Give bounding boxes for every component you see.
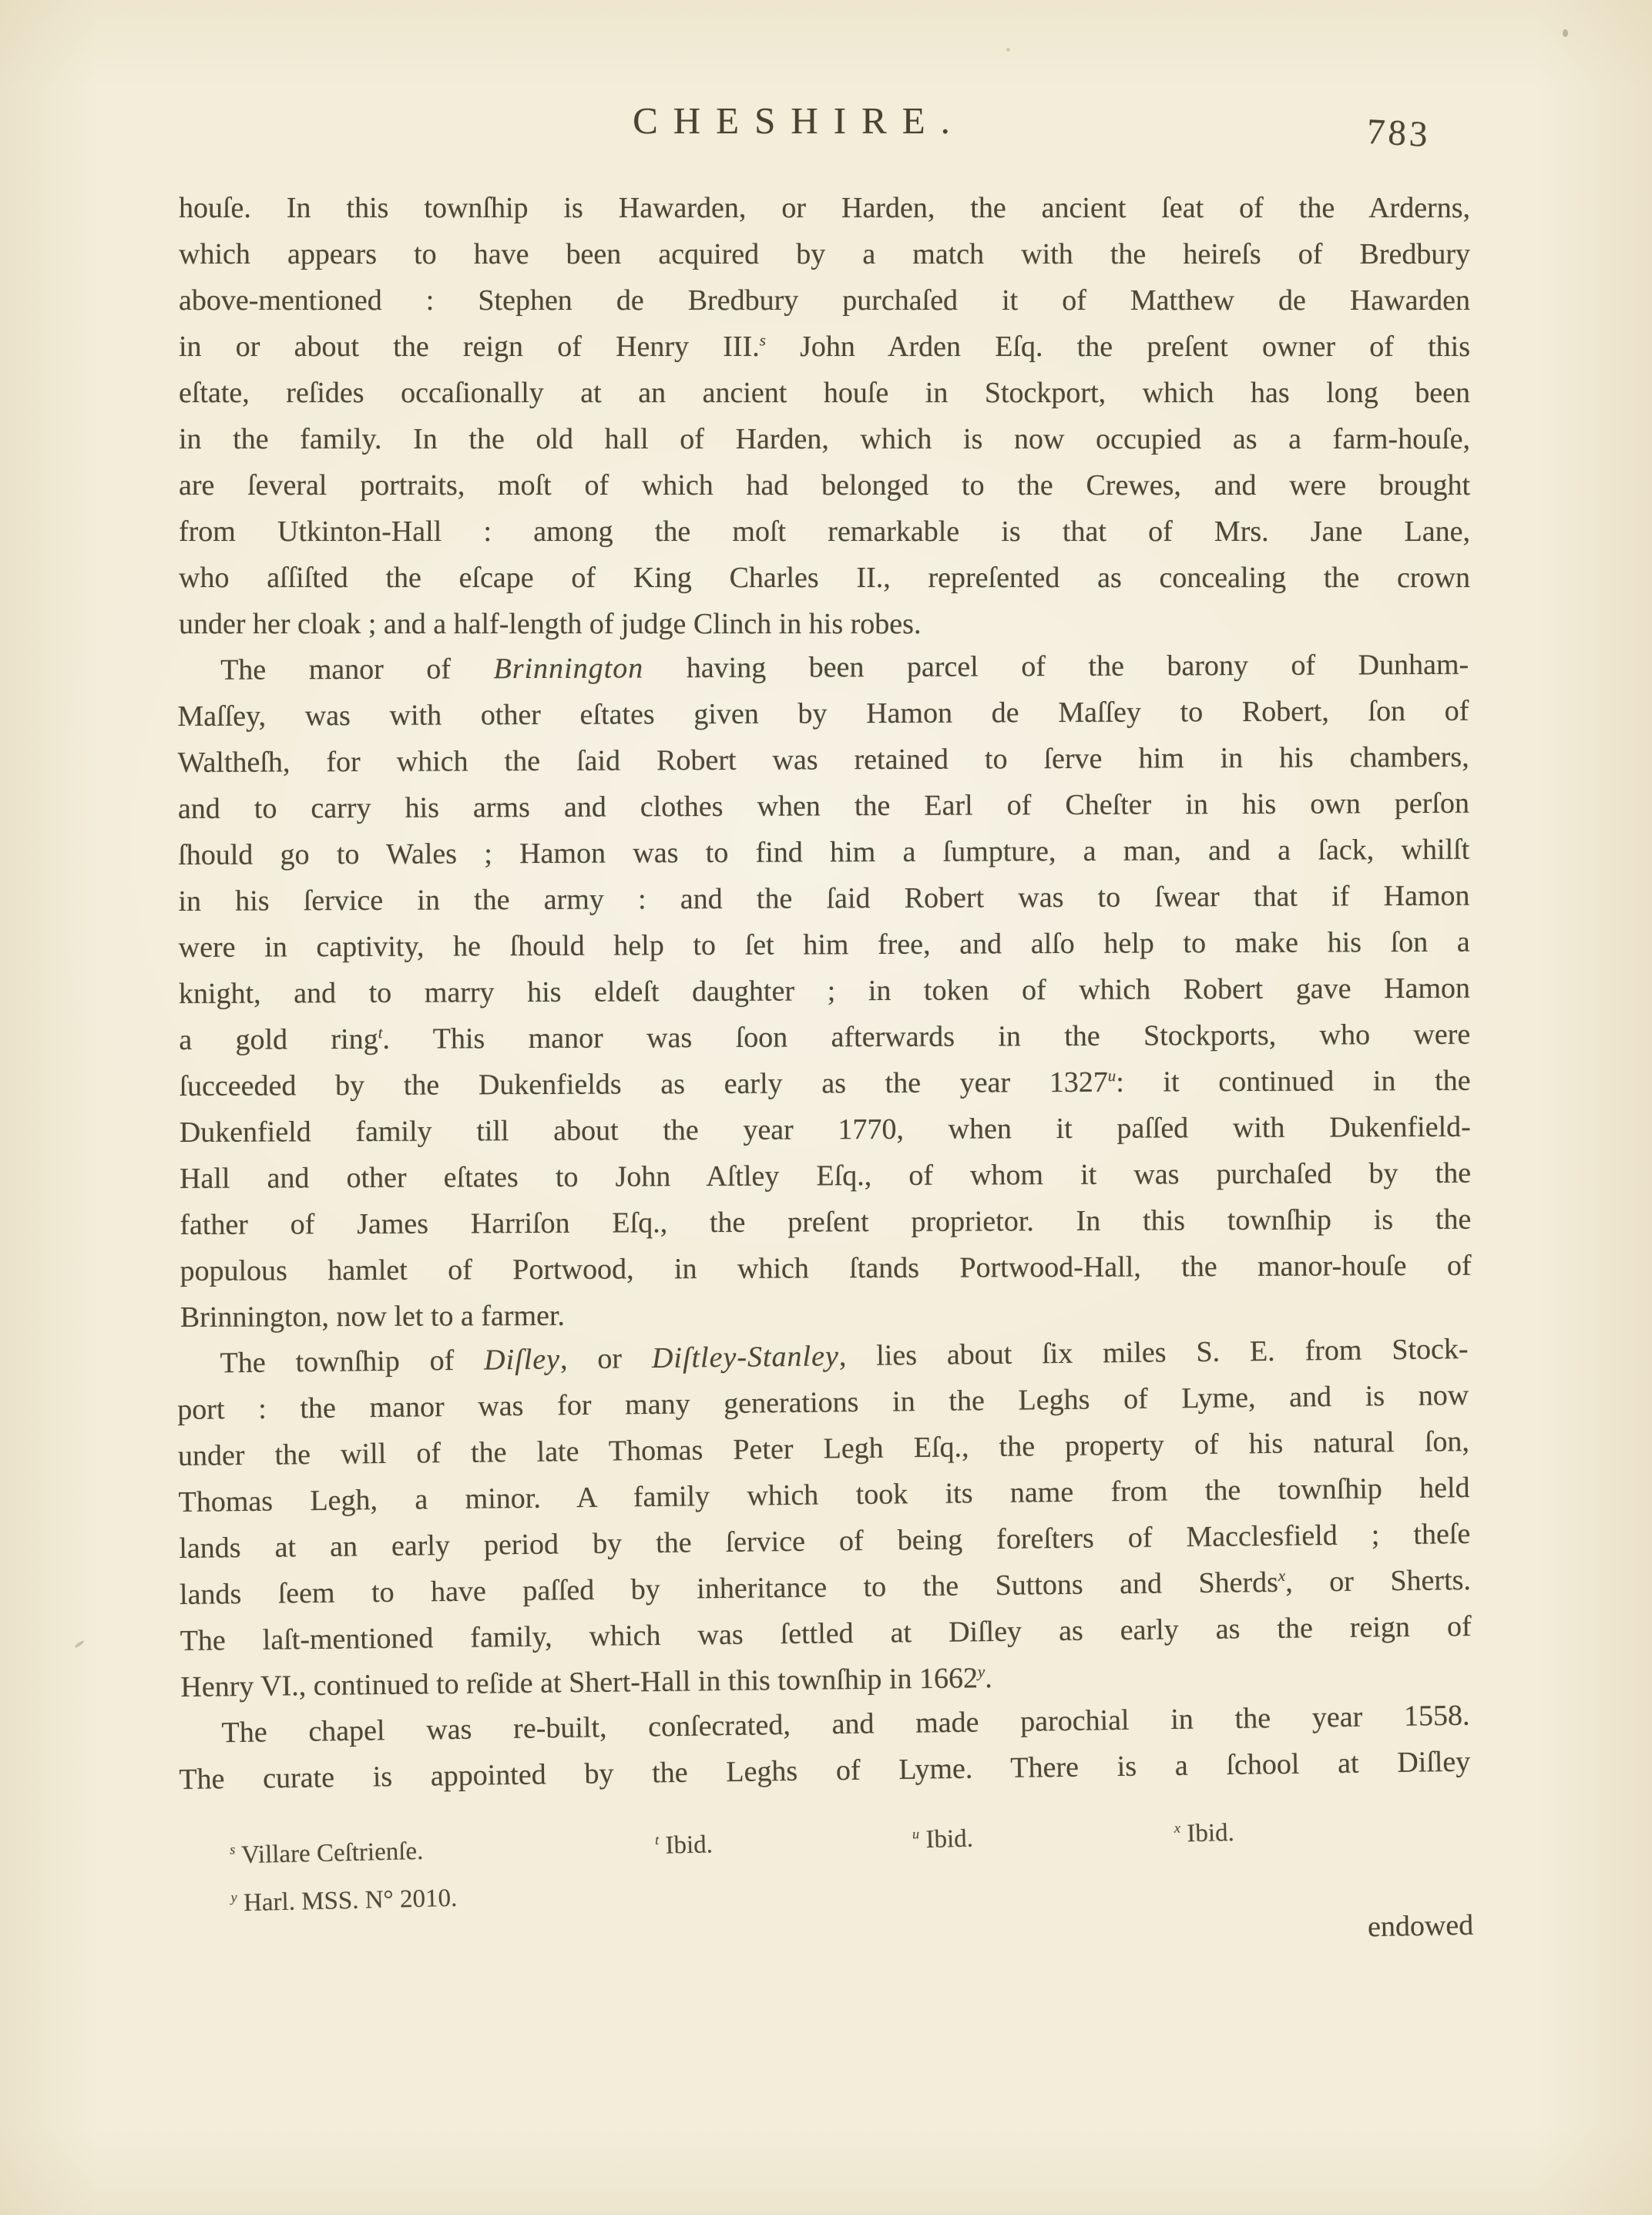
text-line: Hall and other eſtates to John Aſtley Eſ…: [180, 1150, 1471, 1202]
catchword: endowed: [1367, 1908, 1473, 1944]
footnote-villare-cestriense: s Villare Ceſtrienſe.: [230, 1837, 424, 1871]
text-line: knight, and to marry his eldeſt daughter…: [179, 965, 1470, 1017]
footnote-row: s Villare Ceſtrienſe. t Ibid. u Ibid. x …: [179, 1814, 1471, 1892]
paragraph: The chapel was re-built, conſecrated, an…: [178, 1693, 1471, 1803]
text-line: under her cloak ; and a half-length of j…: [179, 601, 1470, 647]
text-line: father of James Harriſon Eſq., the preſe…: [180, 1196, 1471, 1248]
text-line: eſtate, reſides occaſionally at an ancie…: [179, 370, 1470, 416]
paragraph: The manor of Brinnington having been par…: [177, 642, 1472, 1341]
footnote-harl-mss: y Harl. MSS. N° 2010.: [230, 1884, 457, 1918]
text-line: ſhould go to Wales ; Hamon was to find h…: [178, 827, 1469, 878]
text-line: houſe. In this townſhip is Hawarden, or …: [179, 185, 1470, 231]
text-line: in or about the reign of Henry III.s Joh…: [179, 324, 1470, 370]
text-line: from Utkinton-Hall : among the moſt rema…: [179, 508, 1470, 555]
text-line: were in captivity, he ſhould help to ſet…: [179, 919, 1470, 971]
text-line: in the family. In the old hall of Harden…: [179, 416, 1470, 462]
scan-speck: [74, 1639, 85, 1648]
footnotes: s Villare Ceſtrienſe. t Ibid. u Ibid. x …: [179, 1814, 1471, 1892]
text-line: above-mentioned : Stephen de Bredbury pu…: [179, 277, 1470, 324]
scan-speck: [1006, 48, 1010, 52]
text-line: are ſeveral portraits, moſt of which had…: [179, 462, 1470, 508]
text-line: in his ſervice in the army : and the ſai…: [178, 873, 1469, 925]
book-page: CHESHIRE. 783 houſe. In this townſhip is…: [0, 0, 1652, 2215]
footnote-ibid-u: u Ibid.: [912, 1825, 974, 1855]
page-number: 783: [1365, 111, 1431, 156]
text-line: which appears to have been acquired by a…: [179, 231, 1470, 277]
text-line: Dukenfield family till about the year 17…: [180, 1104, 1471, 1156]
text-line: who aſſiſted the eſcape of King Charles …: [179, 555, 1470, 601]
text-line: Waltheſh, for which the ſaid Robert was …: [178, 734, 1469, 786]
footnote-ibid-t: t Ibid.: [655, 1831, 714, 1861]
footnote-ibid-x: x Ibid.: [1174, 1819, 1235, 1849]
text-line: ſucceeded by the Dukenfields as early as…: [179, 1058, 1470, 1109]
text-line: Maſſey, was with other eſtates given by …: [177, 688, 1469, 740]
scan-speck: [1563, 29, 1568, 37]
text-line: The manor of Brinnington having been par…: [177, 642, 1469, 693]
page-title: CHESHIRE.: [0, 99, 1598, 143]
text-line: populous hamlet of Portwood, in which ſt…: [180, 1243, 1471, 1294]
text-line: and to carry his arms and clothes when t…: [178, 780, 1469, 832]
paragraph: The townſhip of Diſley, or Diſtley-Stanl…: [176, 1326, 1472, 1710]
paragraph: houſe. In this townſhip is Hawarden, or …: [179, 185, 1470, 647]
body-text: houſe. In this townſhip is Hawarden, or …: [179, 185, 1470, 1803]
text-line: a gold ringt. This manor was ſoon afterw…: [179, 1012, 1470, 1063]
